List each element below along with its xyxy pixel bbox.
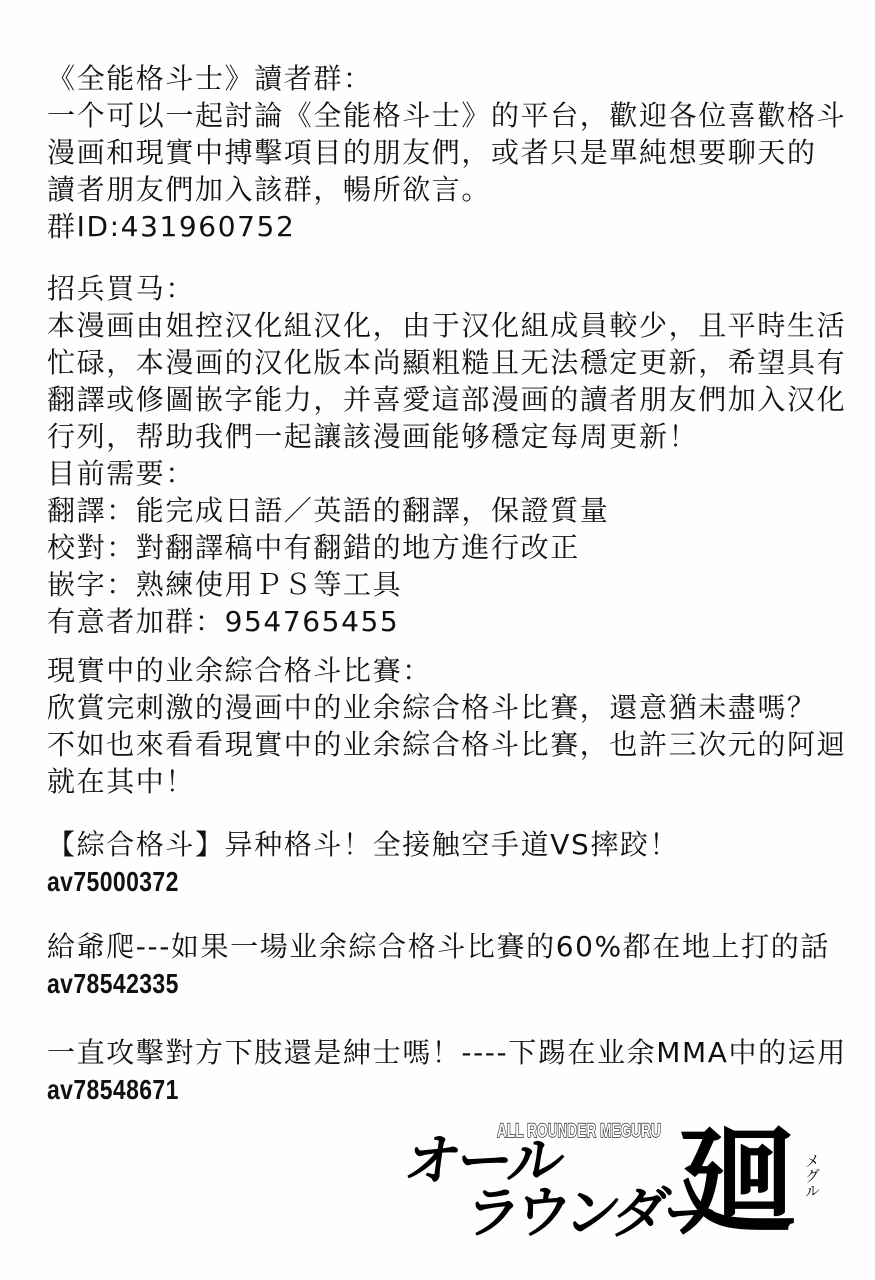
group-id: 群ID:431960752 xyxy=(47,208,847,245)
paragraph-line: 就在其中！ xyxy=(47,763,847,800)
paragraph-line: 忙碌，本漫画的汉化版本尚顯粗糙且无法穩定更新，希望具有 xyxy=(47,344,847,381)
video-title: 一直攻擊對方下肢還是紳士嗎！----下踢在业余MMA中的运用 xyxy=(47,1034,847,1071)
role-typesetting: 嵌字：熟練使用ＰＳ等工具 xyxy=(47,566,847,603)
real-mma-section: 現實中的业余綜合格斗比賽： 欣賞完刺激的漫画中的业余綜合格斗比賽，還意猶未盡嗎？… xyxy=(47,652,847,800)
logo-kanji: 廻 xyxy=(677,1117,797,1247)
section-heading: 現實中的业余綜合格斗比賽： xyxy=(47,652,847,689)
paragraph-line: 不如也來看看現實中的业余綜合格斗比賽，也許三次元的阿迴 xyxy=(47,726,847,763)
video-entry-3: 一直攻擊對方下肢還是紳士嗎！----下踢在业余MMA中的运用 av7854867… xyxy=(47,1034,847,1108)
paragraph-line: 漫画和現實中搏擊項目的朋友們，或者只是單純想要聊天的 xyxy=(47,134,847,171)
video-av-id: av78542335 xyxy=(47,965,703,1002)
join-group-id: 有意者加群：954765455 xyxy=(47,603,847,640)
role-translation: 翻譯：能完成日語／英語的翻譯，保證質量 xyxy=(47,492,847,529)
section-heading: 《全能格斗士》讀者群： xyxy=(47,60,847,97)
needs-heading: 目前需要： xyxy=(47,455,847,492)
video-title: 【綜合格斗】异种格斗！全接触空手道VS摔跤！ xyxy=(47,826,847,863)
paragraph-line: 行列，帮助我們一起讓該漫画能够穩定每周更新！ xyxy=(47,418,847,455)
paragraph-line: 一个可以一起討論《全能格斗士》的平台，歡迎各位喜歡格斗 xyxy=(47,97,847,134)
video-av-id: av78548671 xyxy=(47,1071,703,1108)
video-entry-1: 【綜合格斗】异种格斗！全接触空手道VS摔跤！ av75000372 xyxy=(47,826,847,900)
paragraph-line: 翻譯或修圖嵌字能力，并喜愛這部漫画的讀者朋友們加入汉化 xyxy=(47,381,847,418)
paragraph-line: 讀者朋友們加入該群，暢所欲言。 xyxy=(47,171,847,208)
manga-credits-page: 《全能格斗士》讀者群： 一个可以一起討論《全能格斗士》的平台，歡迎各位喜歡格斗 … xyxy=(0,0,875,1280)
video-title: 給爺爬---如果一場业余綜合格斗比賽的60%都在地上打的話 xyxy=(47,928,847,965)
logo-ruby-text: メグル xyxy=(803,1152,823,1199)
video-av-id: av75000372 xyxy=(47,863,703,900)
video-entry-2: 給爺爬---如果一場业余綜合格斗比賽的60%都在地上打的話 av78542335 xyxy=(47,928,847,1002)
section-heading: 招兵買马： xyxy=(47,270,847,307)
paragraph-line: 欣賞完刺激的漫画中的业余綜合格斗比賽，還意猶未盡嗎？ xyxy=(47,689,847,726)
logo-english-title: ALL ROUNDER MEGURU xyxy=(497,1121,661,1143)
reader-group-section: 《全能格斗士》讀者群： 一个可以一起討論《全能格斗士》的平台，歡迎各位喜歡格斗 … xyxy=(47,60,847,245)
recruitment-section: 招兵買马： 本漫画由姐控汉化組汉化，由于汉化組成員較少，且平時生活 忙碌，本漫画… xyxy=(47,270,847,640)
paragraph-line: 本漫画由姐控汉化組汉化，由于汉化組成員較少，且平時生活 xyxy=(47,307,847,344)
role-proofreading: 校對：對翻譯稿中有翻錯的地方進行改正 xyxy=(47,529,847,566)
all-rounder-meguru-logo: オール ラウンダー ALL ROUNDER MEGURU 廻 メグル xyxy=(405,1105,825,1265)
